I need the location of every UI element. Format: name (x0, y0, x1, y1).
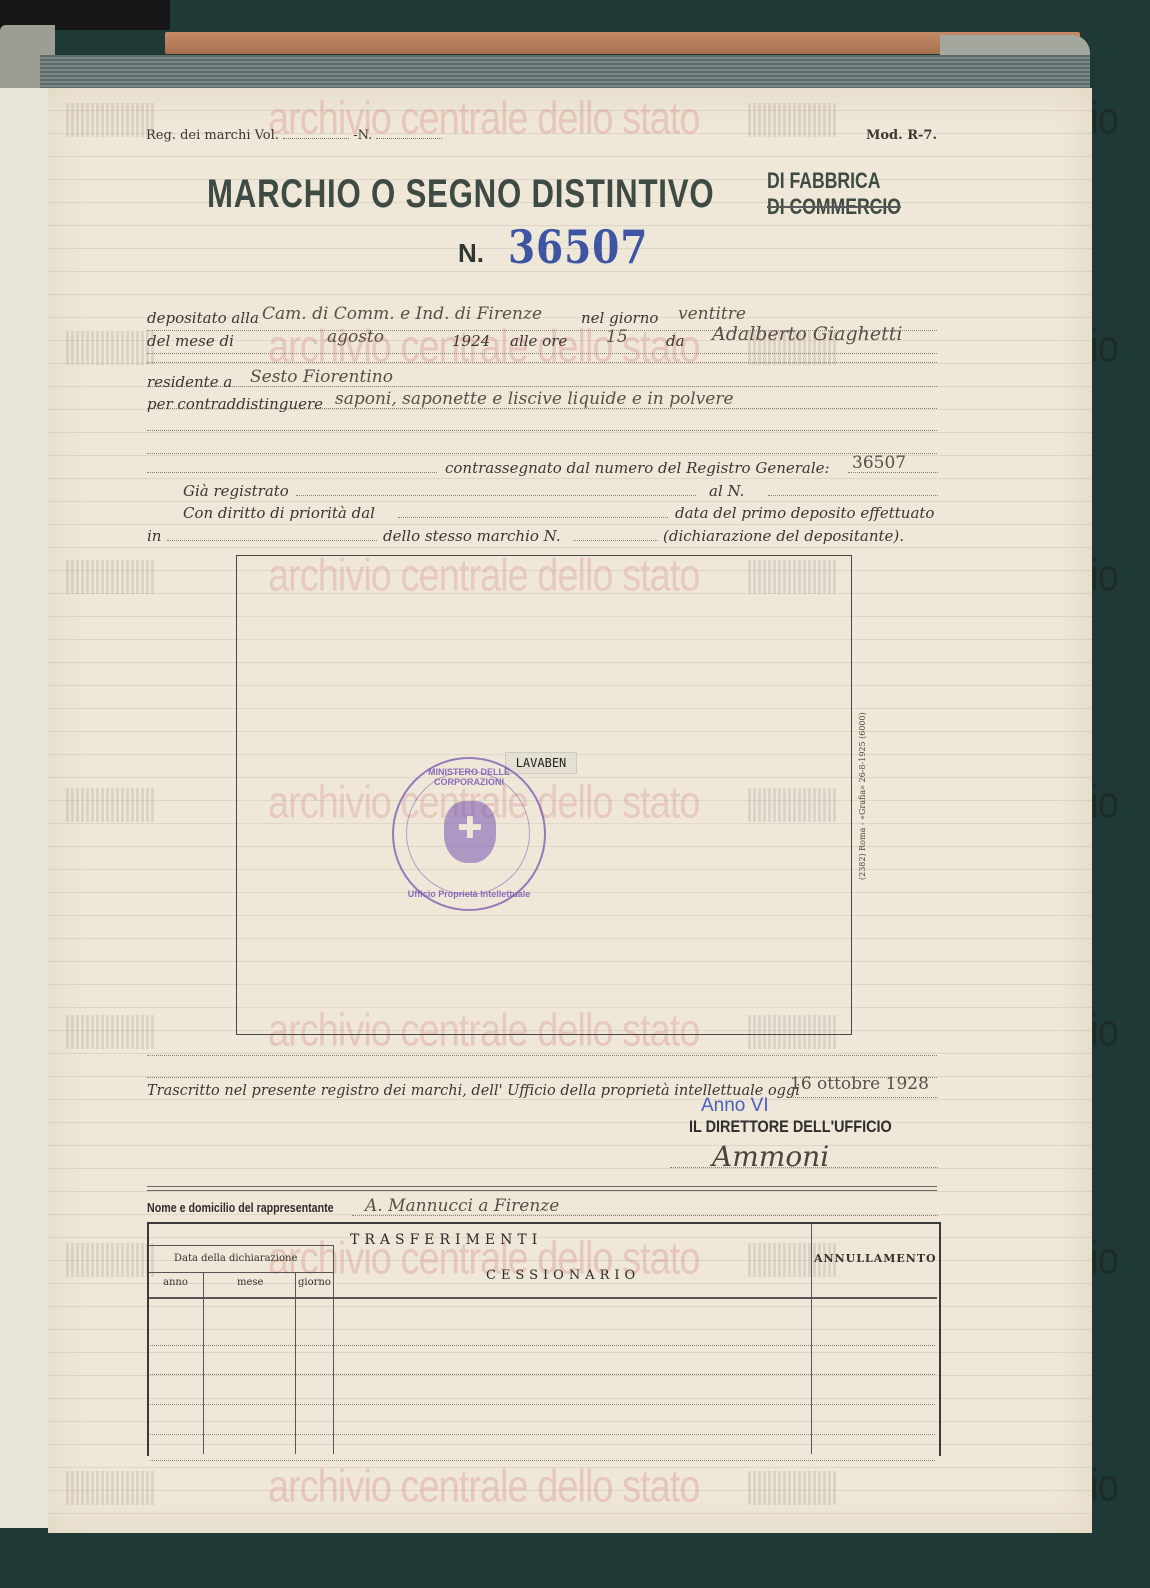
director-label: IL DIRETTORE DELL'UFFICIO (689, 1117, 892, 1137)
form-line (147, 1055, 937, 1056)
deposit-day-label: nel giorno (581, 309, 658, 327)
form-line (147, 353, 937, 354)
watermark-logo (66, 1243, 156, 1277)
deposit-year: 1924 (452, 332, 490, 350)
register-volume-label: Reg. dei marchi Vol. (146, 128, 279, 143)
watermark-logo (66, 560, 156, 594)
table-divider (333, 1245, 334, 1454)
savoy-emblem-icon: ✚ (444, 801, 496, 863)
column-header-cessionario: CESSIONARIO (486, 1268, 640, 1283)
watermark-logo (748, 1471, 838, 1505)
transfers-title: TRASFERIMENTI (350, 1232, 542, 1248)
representative-value: A. Mannucci a Firenze (365, 1196, 559, 1216)
table-header-rule (149, 1297, 937, 1299)
director-signature: Ammoni (712, 1140, 829, 1173)
depositor-name: Adalberto Giaghetti (712, 323, 902, 345)
watermark-text: archivio centrale dello stato (268, 1462, 699, 1514)
model-code: Mod. R-7. (866, 128, 937, 143)
table-divider (149, 1245, 333, 1246)
section-divider (147, 1186, 937, 1191)
deposit-month-label: del mese di (147, 332, 234, 350)
table-divider (295, 1272, 296, 1454)
watermark-logo (66, 103, 156, 137)
form-line (670, 1167, 938, 1168)
declaration-label: (dichiarazione del depositante). (663, 527, 904, 545)
table-divider (203, 1272, 204, 1454)
purpose-value: saponi, saponette e liscive liquide e in… (335, 389, 734, 409)
table-row[interactable] (150, 1460, 935, 1461)
cross-icon: ✚ (456, 815, 484, 843)
form-line (147, 362, 937, 363)
residence-value: Sesto Fiorentino (250, 367, 393, 387)
deposit-day-value: ventitre (678, 304, 746, 324)
column-header-annullamento: ANNULLAMENTO (814, 1252, 937, 1265)
form-line (296, 495, 696, 496)
anno-stamp: Anno VI (701, 1095, 769, 1117)
form-line (573, 540, 658, 541)
mark-number-stamp: 36507 (508, 220, 648, 274)
table-row[interactable] (150, 1345, 935, 1346)
already-registered-label: Già registrato (183, 482, 289, 500)
deposit-office-value: Cam. di Comm. e Ind. di Firenze (262, 304, 542, 324)
transcription-date: 16 ottobre 1928 (790, 1074, 929, 1094)
form-line (790, 1097, 938, 1098)
previous-page-edge (0, 88, 53, 1528)
register-volume-blank (283, 138, 349, 139)
table-row[interactable] (150, 1374, 935, 1375)
form-line (398, 517, 668, 518)
title-type-commercio-struck: DI COMMERCIO (767, 194, 901, 220)
column-header-anno: anno (163, 1277, 188, 1288)
stamp-top-text: MINISTERO DELLE CORPORAZIONI (394, 767, 544, 787)
at-number-label: al N. (709, 482, 744, 500)
watermark-logo (66, 1015, 156, 1049)
priority-label: Con diritto di priorità dal (183, 504, 375, 522)
date-group-header: Data della dichiarazione (174, 1253, 297, 1264)
same-mark-label: dello stesso marchio N. (383, 527, 561, 545)
register-number-label: -N. (353, 128, 372, 143)
general-register-value: 36507 (852, 453, 906, 473)
priority-in-label: in (147, 527, 161, 545)
watermark-logo (748, 103, 838, 137)
printer-note: (2382) Roma - «Grafia» 26-8-1925 (6000) (858, 700, 874, 880)
deposit-hour-label: alle ore (510, 332, 567, 350)
watermark-logo (66, 1471, 156, 1505)
form-line (147, 430, 937, 431)
general-register-label: contrassegnato dal numero del Registro G… (445, 459, 830, 477)
trademark-image-box (236, 555, 852, 1035)
book-page-edges (40, 55, 1090, 88)
form-line (147, 453, 937, 454)
column-header-mese: mese (237, 1277, 263, 1288)
page-title: MARCHIO O SEGNO DISTINTIVO (207, 172, 714, 217)
form-line (167, 540, 377, 541)
stamp-bottom-text: Ufficio Proprietà Intellettuale (394, 889, 544, 899)
form-line (147, 472, 437, 473)
register-number-blank (376, 138, 442, 139)
residence-label: residente a (147, 373, 232, 391)
deposit-office-label: depositato alla (147, 309, 259, 327)
form-line (768, 495, 938, 496)
table-divider (149, 1272, 333, 1273)
form-line (352, 1215, 938, 1216)
table-row[interactable] (150, 1404, 935, 1405)
mark-number-label: N. (458, 238, 484, 269)
table-divider (811, 1224, 812, 1454)
watermark-logo (66, 788, 156, 822)
form-line (848, 472, 938, 473)
deposit-month-value: agosto (327, 327, 384, 347)
watermark-logo (66, 331, 156, 365)
column-header-giorno: giorno (298, 1277, 331, 1288)
first-deposit-label: data del primo deposito effettuato (675, 504, 934, 522)
table-row[interactable] (150, 1434, 935, 1435)
title-type-fabbrica: DI FABBRICA (767, 168, 880, 194)
register-volume-field: Reg. dei marchi Vol. -N. (146, 128, 442, 143)
ministry-stamp: MINISTERO DELLE CORPORAZIONI ✚ Ufficio P… (392, 757, 546, 911)
purpose-label: per contraddistinguere (147, 395, 323, 413)
deposit-hour-value: 15 (606, 327, 628, 347)
representative-label: Nome e domicilio del rappresentante (147, 1200, 334, 1215)
deposit-by-label: da (666, 332, 685, 350)
